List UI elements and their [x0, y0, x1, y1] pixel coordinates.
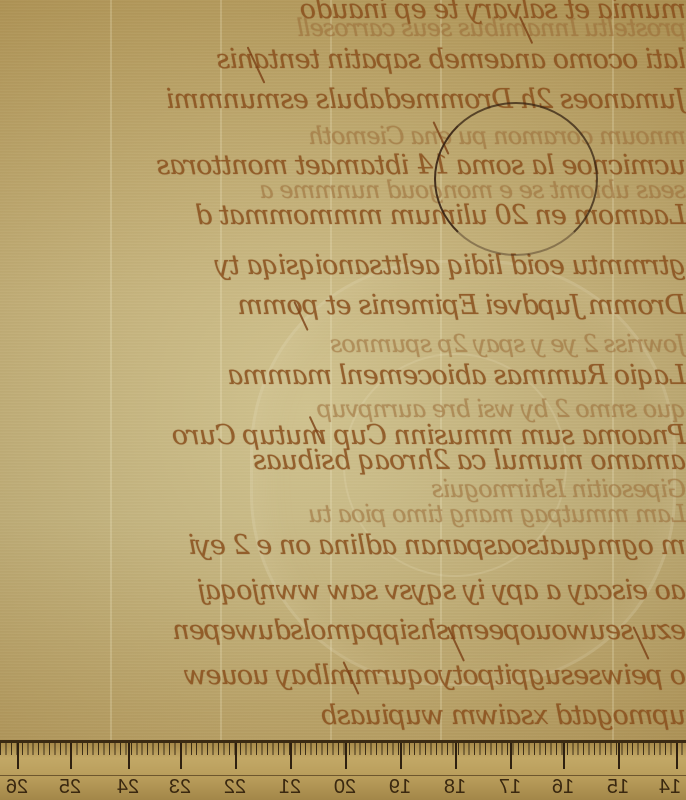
- ruler-major-tick: [676, 743, 678, 769]
- ruler-label: 22: [220, 776, 250, 799]
- ruler-label: 21: [275, 776, 305, 799]
- ruler-label: 26: [2, 776, 32, 799]
- handwriting-line: gtrmmtu eoid lidiq aelttsanoiqsiqa ty: [0, 250, 686, 281]
- manuscript-page: mumia et salvary te ep inaudo prosteltu …: [0, 0, 686, 742]
- handwriting-line: Lam mmutpag mang timo pioa tu: [0, 500, 686, 528]
- handwriting-line: lati ocomo anaemeb sapatin tentanis: [0, 44, 686, 75]
- handwriting-line: Laqio Rummas abiocemenl mamma: [0, 360, 686, 391]
- ruler-major-tick: [345, 743, 347, 769]
- handwriting-line: prosteltu Innamibus seus carrosell: [0, 14, 686, 42]
- ruler-major-tick: [70, 743, 72, 769]
- ruler-major-tick: [455, 743, 457, 769]
- circular-stamp: [434, 102, 598, 256]
- ruler-label: 17: [495, 776, 525, 799]
- ruler-major-tick: [17, 743, 19, 769]
- handwriting-line: Gipesoitin Ishirmoguis: [0, 475, 686, 503]
- handwriting-line: Dromm Jupdvei Epimenis et pomm: [0, 290, 686, 321]
- ruler-label: 15: [603, 776, 633, 799]
- handwriting-line: quo snmo 2 by wsi bre aurnpvup: [0, 395, 686, 423]
- handwriting-line: m ogmquatsoaspanan adlina on e 2 eyi: [0, 530, 686, 561]
- ruler-major-tick: [618, 743, 620, 769]
- handwriting-line: upmogatd xsaiwm wupiuasb: [0, 700, 686, 731]
- ruler-label: 19: [385, 776, 415, 799]
- ruler-major-tick: [235, 743, 237, 769]
- handwriting-line: Jumanoes 2h Drommedabuls esmunmmi: [0, 84, 686, 115]
- ruler-label: 20: [330, 776, 360, 799]
- ruler-major-tick: [563, 743, 565, 769]
- handwriting-line: ao eiscay a apy iy sqysv saw wwnjoqaj: [0, 575, 686, 606]
- handwriting-line: ezu seuwouopeemshsippqmolsduwepen: [0, 615, 686, 646]
- measuring-ruler: 26 25 24 23 22 21 20 19 18 17 16 15 14: [0, 740, 686, 800]
- ruler-label: 25: [55, 776, 85, 799]
- handwriting-line: Jowriss 2 ye y spay 2p spumnos: [0, 330, 686, 358]
- ruler-major-tick: [290, 743, 292, 769]
- ruler-label: 14: [655, 776, 685, 799]
- handwriting-line: amamo mumul ca 2hroaq bsibuas: [0, 445, 686, 476]
- ruler-label: 23: [165, 776, 195, 799]
- ruler-label: 18: [440, 776, 470, 799]
- ruler-major-tick: [510, 743, 512, 769]
- ruler-major-tick: [128, 743, 130, 769]
- ruler-ticks: [0, 743, 686, 769]
- ruler-major-tick: [180, 743, 182, 769]
- ruler-label: 16: [548, 776, 578, 799]
- ruler-major-tick: [400, 743, 402, 769]
- ruler-label: 24: [113, 776, 143, 799]
